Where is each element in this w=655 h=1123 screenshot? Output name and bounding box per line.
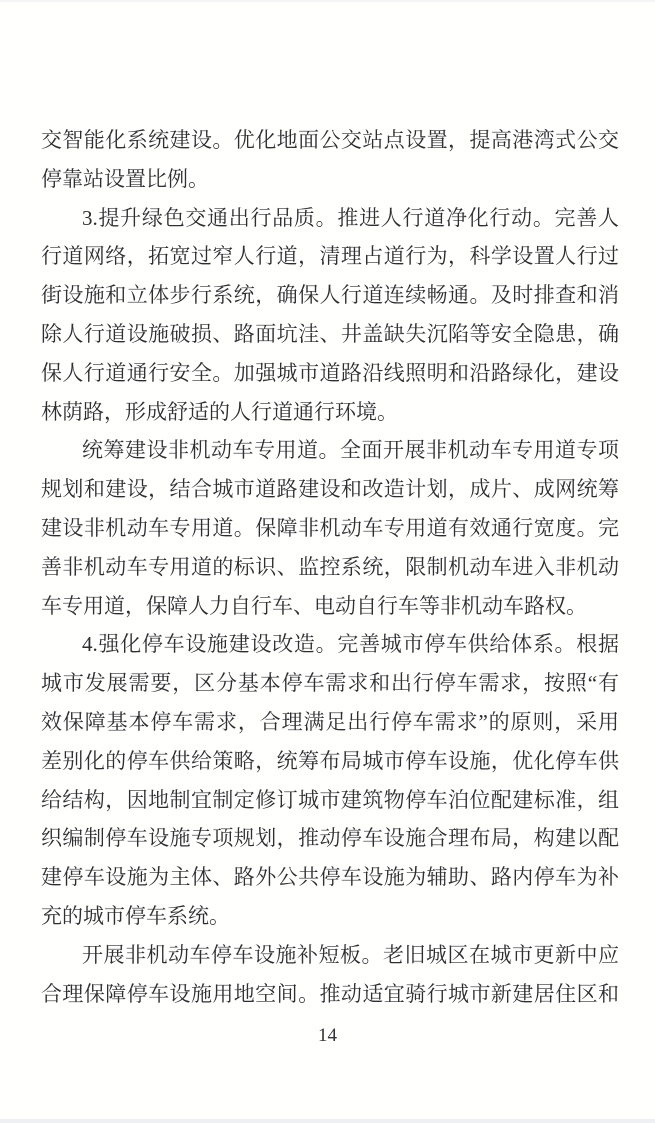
text-line: 车专用道，保障人力自行车、电动自行车等非机动车路权。 — [41, 587, 619, 626]
text-line: 3.提升绿色交通出行品质。推进人行道净化行动。完善人 — [41, 199, 619, 238]
document-text-block: 交智能化系统建设。优化地面公交站点设置，提高港湾式公交停靠站设置比例。3.提升绿… — [41, 121, 619, 1013]
text-line: 织编制停车设施专项规划，推动停车设施合理布局，构建以配 — [41, 819, 619, 858]
text-line: 开展非机动车停车设施补短板。老旧城区在城市更新中应 — [41, 936, 619, 975]
text-line: 除人行道设施破损、路面坑洼、井盖缺失沉陷等安全隐患，确 — [41, 315, 619, 354]
text-line: 合理保障停车设施用地空间。推动适宜骑行城市新建居住区和 — [41, 975, 619, 1014]
text-line: 保人行道通行安全。加强城市道路沿线照明和沿路绿化，建设 — [41, 354, 619, 393]
text-line: 善非机动车专用道的标识、监控系统，限制机动车进入非机动 — [41, 548, 619, 587]
text-line: 建设非机动车专用道。保障非机动车专用道有效通行宽度。完 — [41, 509, 619, 548]
text-line: 差别化的停车供给策略，统筹布局城市停车设施，优化停车供 — [41, 742, 619, 781]
text-line: 给结构，因地制宜制定修订城市建筑物停车泊位配建标准，组 — [41, 781, 619, 820]
text-line: 充的城市停车系统。 — [41, 897, 619, 936]
text-line: 交智能化系统建设。优化地面公交站点设置，提高港湾式公交 — [41, 121, 619, 160]
text-line: 建停车设施为主体、路外公共停车设施为辅助、路内停车为补 — [41, 858, 619, 897]
page-top-edge — [0, 0, 655, 2]
text-line: 街设施和立体步行系统，确保人行道连续畅通。及时排查和消 — [41, 276, 619, 315]
text-line: 城市发展需要，区分基本停车需求和出行停车需求，按照“有 — [41, 664, 619, 703]
text-line: 效保障基本停车需求，合理满足出行停车需求”的原则，采用 — [41, 703, 619, 742]
page-number: 14 — [0, 1022, 655, 1050]
text-line: 4.强化停车设施建设改造。完善城市停车供给体系。根据 — [41, 625, 619, 664]
text-line: 规划和建设，结合城市道路建设和改造计划，成片、成网统筹 — [41, 470, 619, 509]
document-page: 交智能化系统建设。优化地面公交站点设置，提高港湾式公交停靠站设置比例。3.提升绿… — [0, 0, 655, 1123]
page-bottom-edge — [0, 1119, 655, 1123]
text-line: 停靠站设置比例。 — [41, 160, 619, 199]
text-line: 统筹建设非机动车专用道。全面开展非机动车专用道专项 — [41, 431, 619, 470]
text-line: 行道网络，拓宽过窄人行道，清理占道行为，科学设置人行过 — [41, 237, 619, 276]
text-line: 林荫路，形成舒适的人行道通行环境。 — [41, 393, 619, 432]
